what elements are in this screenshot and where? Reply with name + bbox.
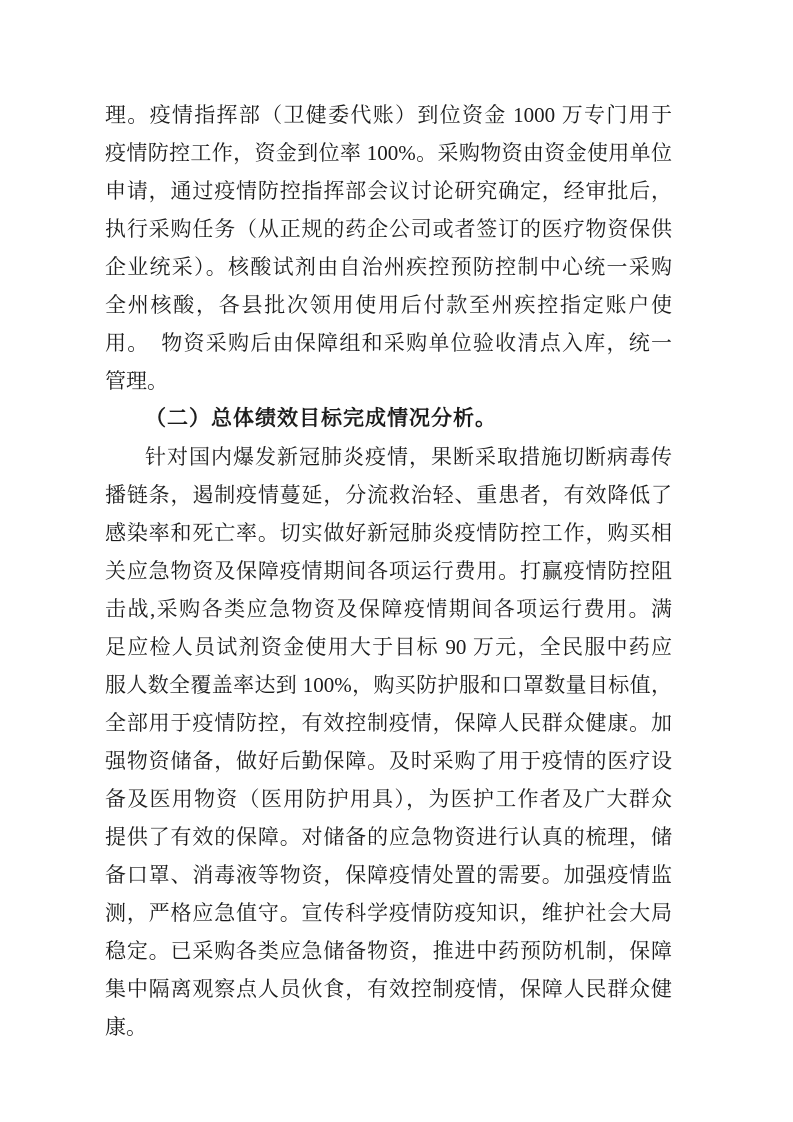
text-line: 足应检人员试剂资金使用大于目标 90 万元，全民服中药应	[105, 628, 672, 666]
text-line: 测，严格应急值守。宣传科学疫情防疫知识，维护社会大局	[105, 894, 672, 932]
text-line: 播链条，遏制疫情蔓延，分流救治轻、重患者，有效降低了	[105, 476, 672, 514]
text-line: （二）总体绩效目标完成情况分析。	[105, 400, 672, 438]
text-line: 击战,采购各类应急物资及保障疫情期间各项运行费用。满	[105, 590, 672, 628]
text-line: 用。 物资采购后由保障组和采购单位验收清点入库，统一	[105, 324, 672, 362]
text-line: 针对国内爆发新冠肺炎疫情，果断采取措施切断病毒传	[105, 438, 672, 476]
text-line: 申请，通过疫情防控指挥部会议讨论研究确定，经审批后，	[105, 172, 672, 210]
text-line: 感染率和死亡率。切实做好新冠肺炎疫情防控工作，购买相	[105, 514, 672, 552]
text-line: 全部用于疫情防控，有效控制疫情，保障人民群众健康。加	[105, 704, 672, 742]
document-page: 理。疫情指挥部（卫健委代账）到位资金 1000 万专门用于疫情防控工作，资金到位…	[0, 0, 793, 1122]
text-line: 疫情防控工作，资金到位率 100%。采购物资由资金使用单位	[105, 134, 672, 172]
text-line: 集中隔离观察点人员伙食，有效控制疫情，保障人民群众健	[105, 970, 672, 1008]
text-line: 关应急物资及保障疫情期间各项运行费用。打赢疫情防控阻	[105, 552, 672, 590]
text-line: 企业统采）。核酸试剂由自治州疾控预防控制中心统一采购	[105, 248, 672, 286]
text-line: 服人数全覆盖率达到 100%，购买防护服和口罩数量目标值，	[105, 666, 672, 704]
text-line: 备口罩、消毒液等物资，保障疫情处置的需要。加强疫情监	[105, 856, 672, 894]
text-line: 康。	[105, 1008, 672, 1046]
text-line: 全州核酸，各县批次领用使用后付款至州疾控指定账户使	[105, 286, 672, 324]
document-text-block: 理。疫情指挥部（卫健委代账）到位资金 1000 万专门用于疫情防控工作，资金到位…	[105, 96, 672, 1046]
text-line: 理。疫情指挥部（卫健委代账）到位资金 1000 万专门用于	[105, 96, 672, 134]
text-line: 提供了有效的保障。对储备的应急物资进行认真的梳理，储	[105, 818, 672, 856]
text-line: 执行采购任务（从正规的药企公司或者签订的医疗物资保供	[105, 210, 672, 248]
text-line: 管理。	[105, 362, 672, 400]
text-line: 强物资储备，做好后勤保障。及时采购了用于疫情的医疗设	[105, 742, 672, 780]
text-line: 稳定。已采购各类应急储备物资，推进中药预防机制，保障	[105, 932, 672, 970]
text-line: 备及医用物资（医用防护用具），为医护工作者及广大群众	[105, 780, 672, 818]
